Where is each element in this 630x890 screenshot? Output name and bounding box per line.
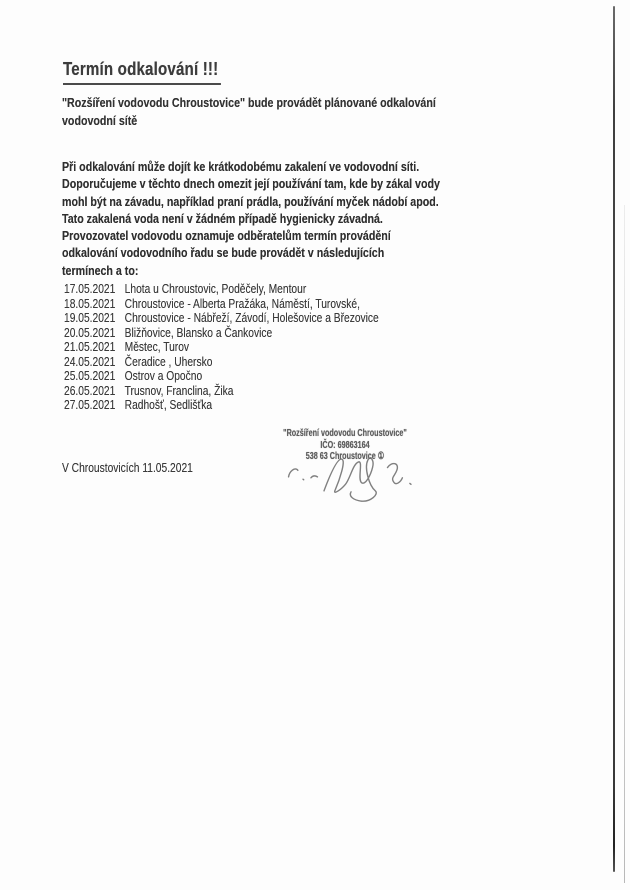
schedule-places: Lhota u Chroustovic, Poděčely, Mentour bbox=[125, 282, 307, 296]
schedule-row: 27.05.2021Radhošť, Sedlišťka bbox=[64, 398, 379, 413]
schedule-row: 20.05.2021Bližňovice, Blansko a Čankovic… bbox=[64, 326, 379, 341]
signature-scribble bbox=[282, 450, 422, 514]
schedule-date: 19.05.2021 bbox=[64, 311, 125, 326]
paragraph-line: Při odkalování může dojít ke krátkodobém… bbox=[62, 158, 440, 175]
schedule-places: Chroustovice - Nábřeží, Závodí, Holešovi… bbox=[125, 311, 379, 325]
schedule-date: 21.05.2021 bbox=[64, 340, 125, 355]
schedule-places: Čeradice , Uhersko bbox=[125, 355, 213, 369]
intro-line: vodovodní sítě bbox=[62, 112, 436, 130]
schedule-date: 25.05.2021 bbox=[64, 369, 125, 384]
schedule-date: 17.05.2021 bbox=[64, 282, 125, 297]
schedule-places: Městec, Turov bbox=[125, 340, 189, 354]
schedule-row: 18.05.2021Chroustovice - Alberta Pražáka… bbox=[64, 297, 379, 312]
main-paragraph: Při odkalování může dojít ke krátkodobém… bbox=[62, 158, 440, 279]
paragraph-line: mohl být na závadu, například praní prád… bbox=[62, 193, 440, 210]
stamp-company-name: "Rozšíření vodovodu Chroustovice" bbox=[277, 428, 414, 440]
schedule-row: 24.05.2021Čeradice , Uhersko bbox=[64, 355, 379, 370]
document-page: Termín odkalování !!! "Rozšíření vodovod… bbox=[0, 0, 630, 890]
schedule-row: 17.05.2021Lhota u Chroustovic, Poděčely,… bbox=[64, 282, 379, 297]
schedule-row: 25.05.2021Ostrov a Opočno bbox=[64, 369, 379, 384]
intro-paragraph: "Rozšíření vodovodu Chroustovice" bude p… bbox=[62, 94, 436, 130]
schedule-places: Trusnov, Franclina, Žika bbox=[125, 384, 234, 398]
schedule-row: 21.05.2021Městec, Turov bbox=[64, 340, 379, 355]
paragraph-line: odkalování vodovodního řadu se bude prov… bbox=[62, 244, 440, 261]
schedule-date: 18.05.2021 bbox=[64, 297, 125, 312]
schedule-date: 20.05.2021 bbox=[64, 326, 125, 341]
paragraph-line: Provozovatel vodovodu oznamuje odběratel… bbox=[62, 227, 440, 244]
scan-edge-line-faint bbox=[624, 205, 625, 883]
schedule-date: 27.05.2021 bbox=[64, 398, 125, 413]
schedule-list: 17.05.2021Lhota u Chroustovic, Poděčely,… bbox=[64, 282, 379, 413]
place-and-date: V Chroustovicích 11.05.2021 bbox=[62, 461, 193, 475]
schedule-row: 19.05.2021Chroustovice - Nábřeží, Závodí… bbox=[64, 311, 379, 326]
paragraph-line: Tato zakalená voda není v žádném případě… bbox=[62, 210, 440, 227]
schedule-places: Ostrov a Opočno bbox=[125, 369, 202, 383]
paragraph-line: termínech a to: bbox=[62, 262, 440, 279]
schedule-places: Chroustovice - Alberta Pražáka, Náměstí,… bbox=[125, 297, 360, 311]
document-title: Termín odkalování !!! bbox=[63, 59, 221, 85]
schedule-places: Bližňovice, Blansko a Čankovice bbox=[125, 326, 273, 340]
schedule-date: 26.05.2021 bbox=[64, 384, 125, 399]
schedule-places: Radhošť, Sedlišťka bbox=[125, 398, 212, 412]
scan-edge-line bbox=[613, 6, 615, 872]
schedule-date: 24.05.2021 bbox=[64, 355, 125, 370]
schedule-row: 26.05.2021Trusnov, Franclina, Žika bbox=[64, 384, 379, 399]
intro-line: "Rozšíření vodovodu Chroustovice" bude p… bbox=[62, 94, 436, 112]
paragraph-line: Doporučujeme v těchto dnech omezit její … bbox=[62, 175, 440, 192]
